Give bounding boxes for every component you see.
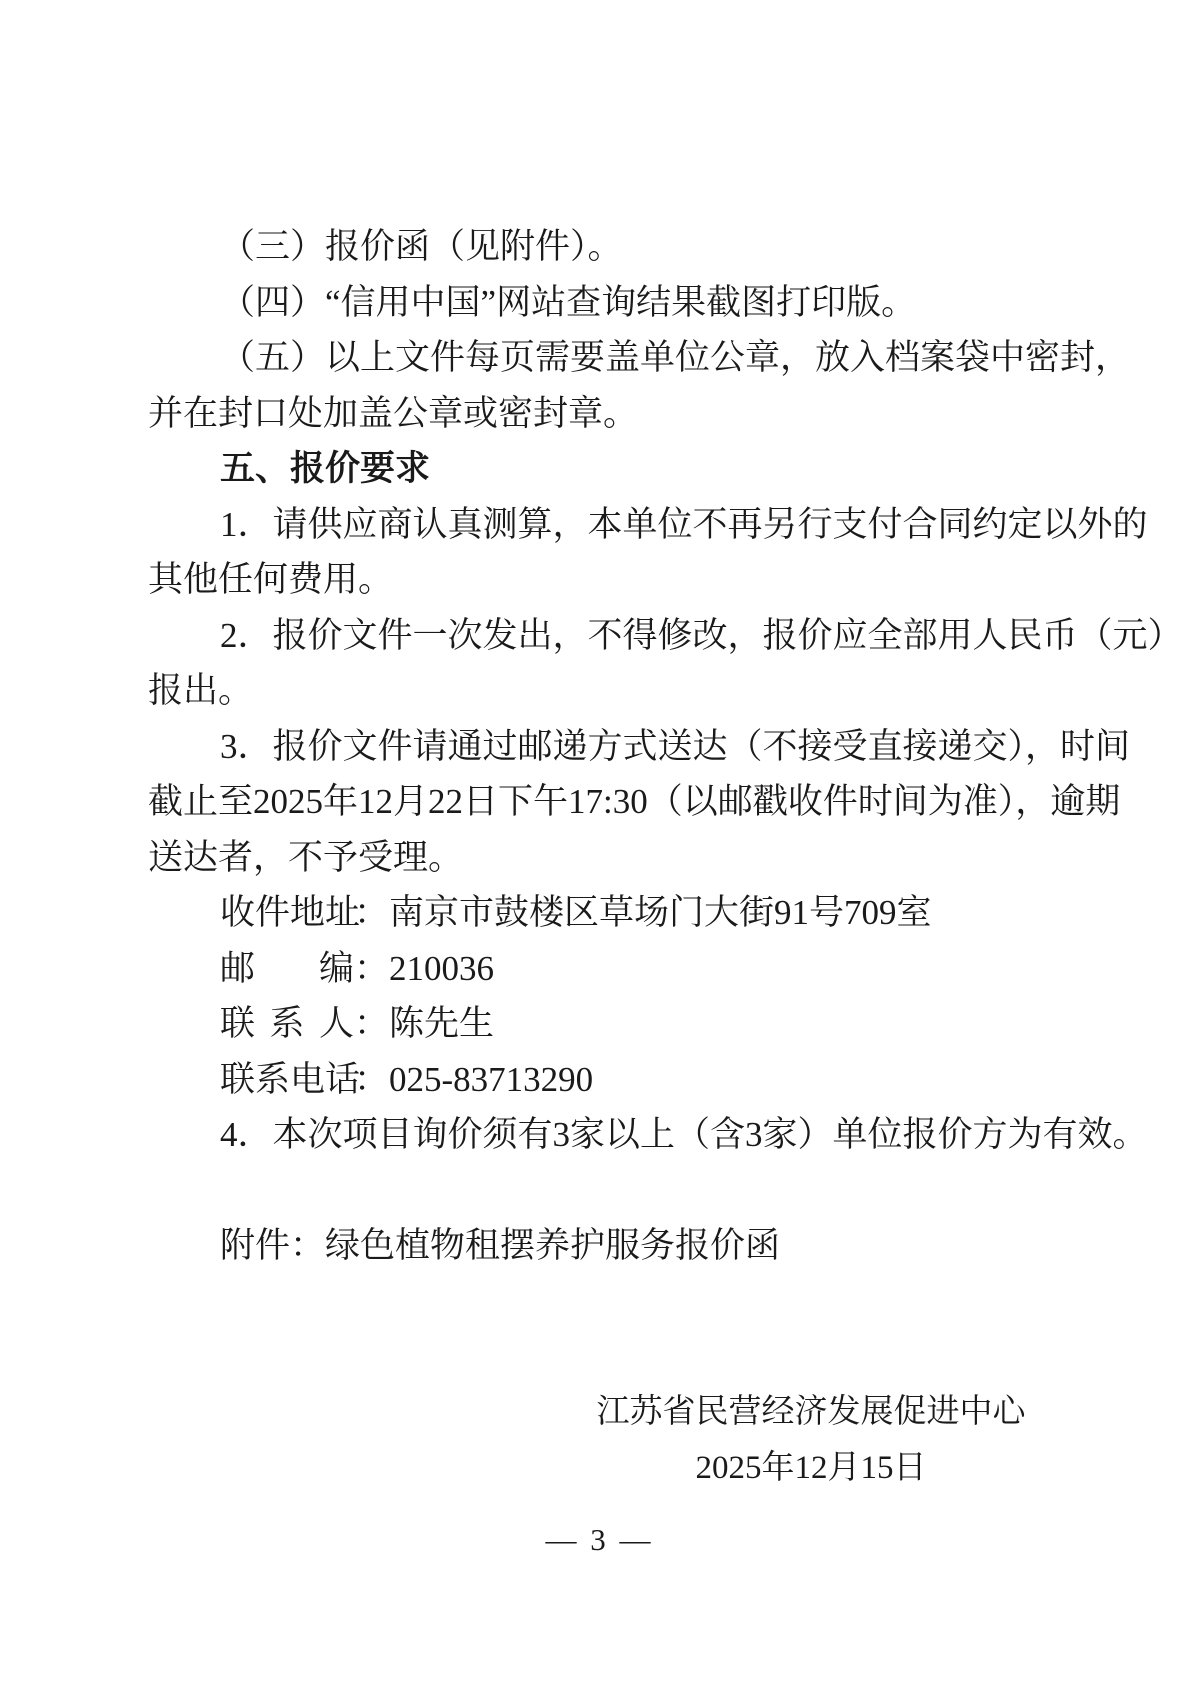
attachment-note: 附件：绿色植物租摆养护服务报价函 (148, 1218, 1058, 1274)
requirement-4: 4．本次项目询价须有3家以上（含3家）单位报价方为有效。 (148, 1107, 1058, 1163)
section-five-heading: 五、报价要求 (148, 441, 1058, 497)
contact-person-colon: ： (354, 1004, 389, 1043)
document-page: （三）报价函（见附件）。 （四）“信用中国”网站查询结果截图打印版。 （五）以上… (0, 0, 1199, 1696)
signature-block: 江苏省民营经济发展促进中心 2025年12月15日 (561, 1385, 1061, 1496)
contact-row-address: 收件地址：南京市鼓楼区草场门大街91号709室 (148, 885, 1058, 941)
requirement-1-line1: 1．请供应商认真测算，本单位不再另行支付合同约定以外的 (148, 497, 1058, 553)
contact-postcode-colon: ： (354, 949, 389, 988)
requirement-2-line1: 2．报价文件一次发出，不得修改，报价应全部用人民币（元） (148, 608, 1058, 664)
requirement-1-line2: 其他任何费用。 (148, 552, 1058, 608)
contact-phone-label: 联系电话 (220, 1052, 354, 1108)
contact-row-person: 联系人：陈先生 (148, 996, 1058, 1052)
contact-address-colon: ： (354, 893, 389, 932)
list-item-five-line1: （五）以上文件每页需要盖单位公章，放入档案袋中密封， (148, 330, 1058, 386)
requirement-2-line2: 报出。 (148, 663, 1058, 719)
contact-row-phone: 联系电话：025-83713290 (148, 1052, 1058, 1108)
list-item-three: （三）报价函（见附件）。 (148, 219, 1058, 275)
document-body: （三）报价函（见附件）。 （四）“信用中国”网站查询结果截图打印版。 （五）以上… (148, 219, 1058, 1274)
requirement-3-line2: 截止至2025年12月22日下午17:30（以邮戳收件时间为准），逾期 (148, 774, 1058, 830)
contact-address-value: 南京市鼓楼区草场门大街91号709室 (389, 893, 932, 932)
signature-date: 2025年12月15日 (561, 1441, 1061, 1497)
contact-person-value: 陈先生 (389, 1004, 494, 1043)
contact-postcode-label: 邮编 (220, 941, 354, 997)
contact-person-label: 联系人 (220, 996, 354, 1052)
page-number: — 3 — (0, 1520, 1199, 1560)
contact-row-postcode: 邮编：210036 (148, 941, 1058, 997)
list-item-five-line2: 并在封口处加盖公章或密封章。 (148, 386, 1058, 442)
signature-organization: 江苏省民营经济发展促进中心 (561, 1385, 1061, 1441)
requirement-3-line3: 送达者，不予受理。 (148, 830, 1058, 886)
list-item-four: （四）“信用中国”网站查询结果截图打印版。 (148, 275, 1058, 331)
contact-postcode-value: 210036 (389, 949, 494, 988)
contact-phone-colon: ： (354, 1060, 389, 1099)
contact-phone-value: 025-83713290 (389, 1060, 593, 1099)
contact-address-label: 收件地址 (220, 885, 354, 941)
requirement-3-line1: 3．报价文件请通过邮递方式送达（不接受直接递交），时间 (148, 719, 1058, 775)
